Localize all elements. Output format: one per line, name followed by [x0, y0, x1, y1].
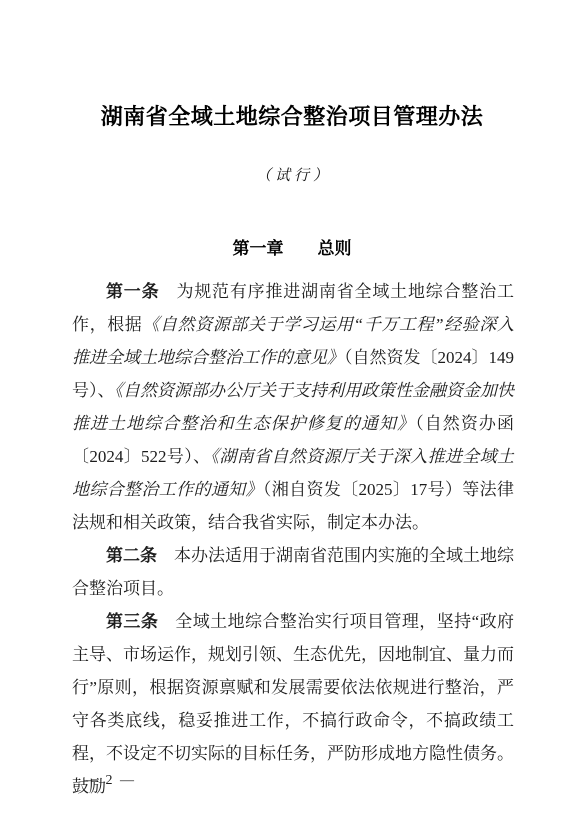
document-page: 湖南省全域土地综合整治项目管理办法 （试行） 第一章总则 第一条为规范有序推进湖… [0, 0, 584, 826]
chapter-number: 第一章 [233, 239, 284, 258]
chapter-heading: 第一章总则 [0, 187, 584, 261]
article-label: 第二条 [106, 546, 157, 565]
document-subtitle: （试行） [0, 132, 584, 187]
article-paragraph: 第三条全域土地综合整治实行项目管理，坚持“政府主导、市场运作，规划引领、生态优先… [72, 605, 514, 803]
article-paragraph: 第一条为规范有序推进湖南省全域土地综合整治工作，根据《自然资源部关于学习运用“千… [72, 275, 514, 539]
article-label: 第一条 [106, 282, 159, 301]
page-number: — 2 — [84, 770, 136, 792]
article-label: 第三条 [106, 612, 158, 631]
chapter-name: 总则 [318, 239, 352, 258]
document-title: 湖南省全域土地综合整治项目管理办法 [0, 0, 584, 132]
document-body: 第一条为规范有序推进湖南省全域土地综合整治工作，根据《自然资源部关于学习运用“千… [72, 275, 514, 803]
article-paragraph: 第二条本办法适用于湖南省范围内实施的全域土地综合整治项目。 [72, 539, 514, 605]
article-text: 全域土地综合整治实行项目管理，坚持“政府主导、市场运作，规划引领、生态优先，因地… [72, 612, 514, 796]
